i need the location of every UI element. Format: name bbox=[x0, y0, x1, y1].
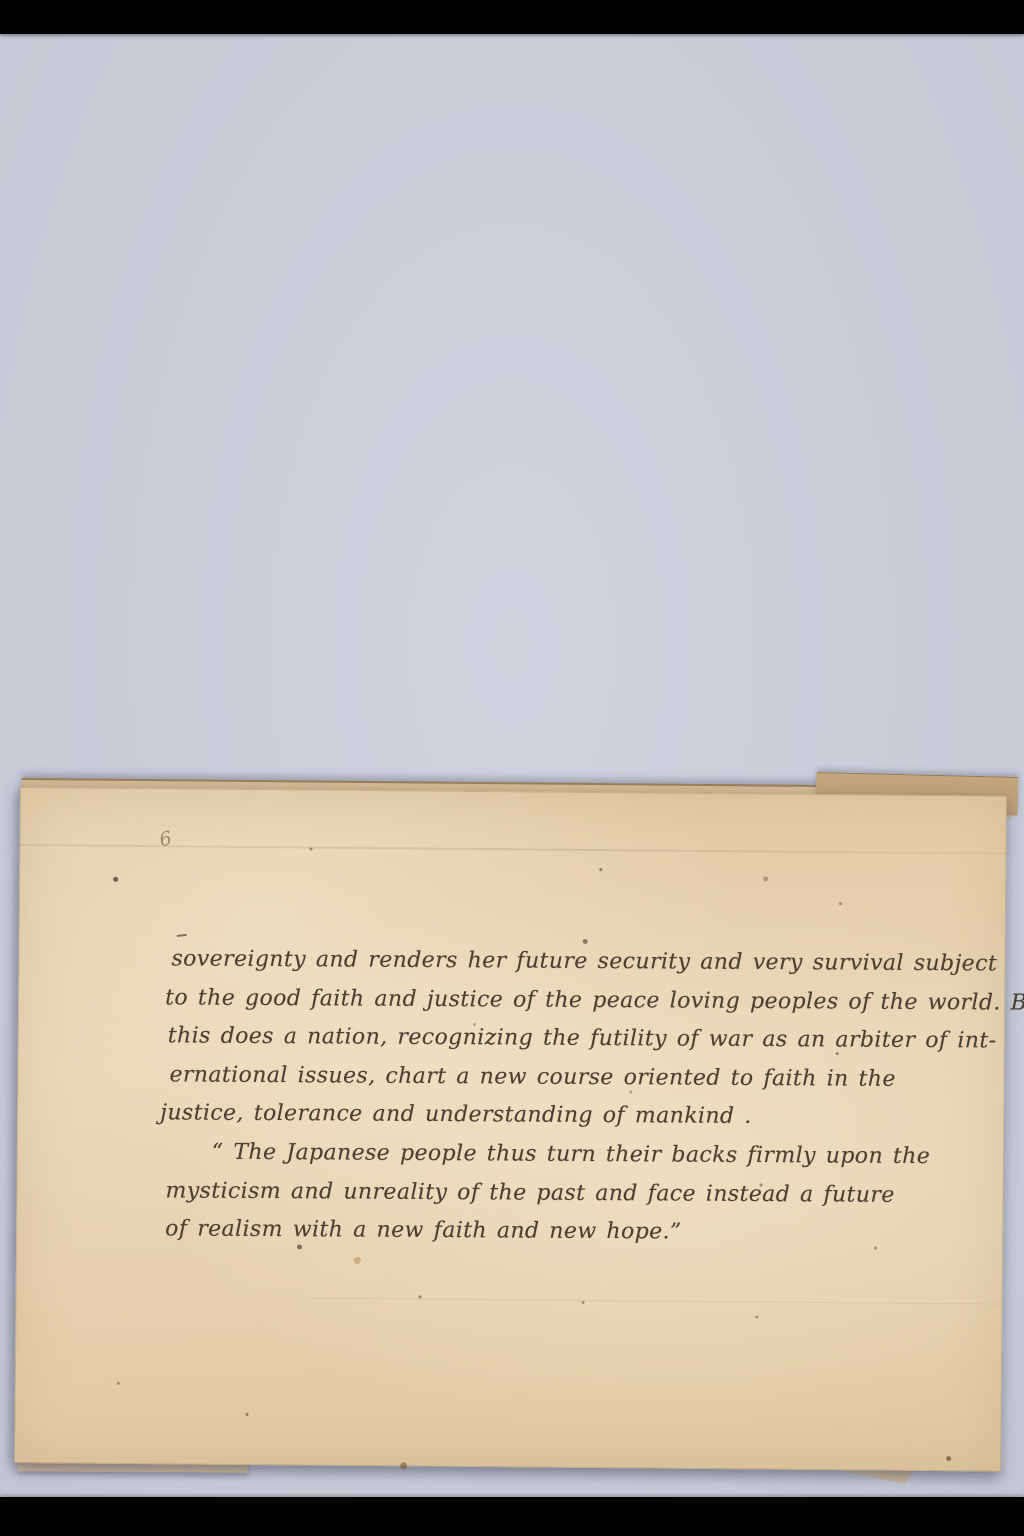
handwriting-line: sovereignty and renders her future secur… bbox=[171, 940, 985, 984]
photo-bottom-black-bar bbox=[0, 1497, 1024, 1536]
handwriting-line: this does a nation, recognizing the futi… bbox=[168, 1018, 985, 1062]
manuscript-page: 6 sovereignty and renders her future sec… bbox=[14, 787, 1007, 1472]
paper-foxing-specks bbox=[20, 787, 23, 790]
paper-crease-faint bbox=[312, 1298, 1003, 1305]
photo-top-black-bar bbox=[0, 0, 1024, 34]
stray-pencil-mark: 6 bbox=[157, 827, 174, 851]
photograph: 6 sovereignty and renders her future sec… bbox=[0, 0, 1024, 1536]
handwriting-line: of realism with a new faith and new hope… bbox=[165, 1211, 983, 1255]
stray-pen-dash bbox=[177, 934, 187, 937]
handwriting-line: to the good faith and justice of the pea… bbox=[165, 979, 985, 1023]
handwriting-line: mysticism and unreality of the past and … bbox=[165, 1172, 983, 1216]
handwriting-line: ernational issues, chart a new course or… bbox=[169, 1056, 984, 1100]
handwriting-line: “ The Japanese people thus turn their ba… bbox=[212, 1134, 984, 1177]
handwriting-line: justice, tolerance and understanding of … bbox=[160, 1095, 984, 1139]
handwriting-lines: sovereignty and renders her future secur… bbox=[163, 939, 986, 1255]
